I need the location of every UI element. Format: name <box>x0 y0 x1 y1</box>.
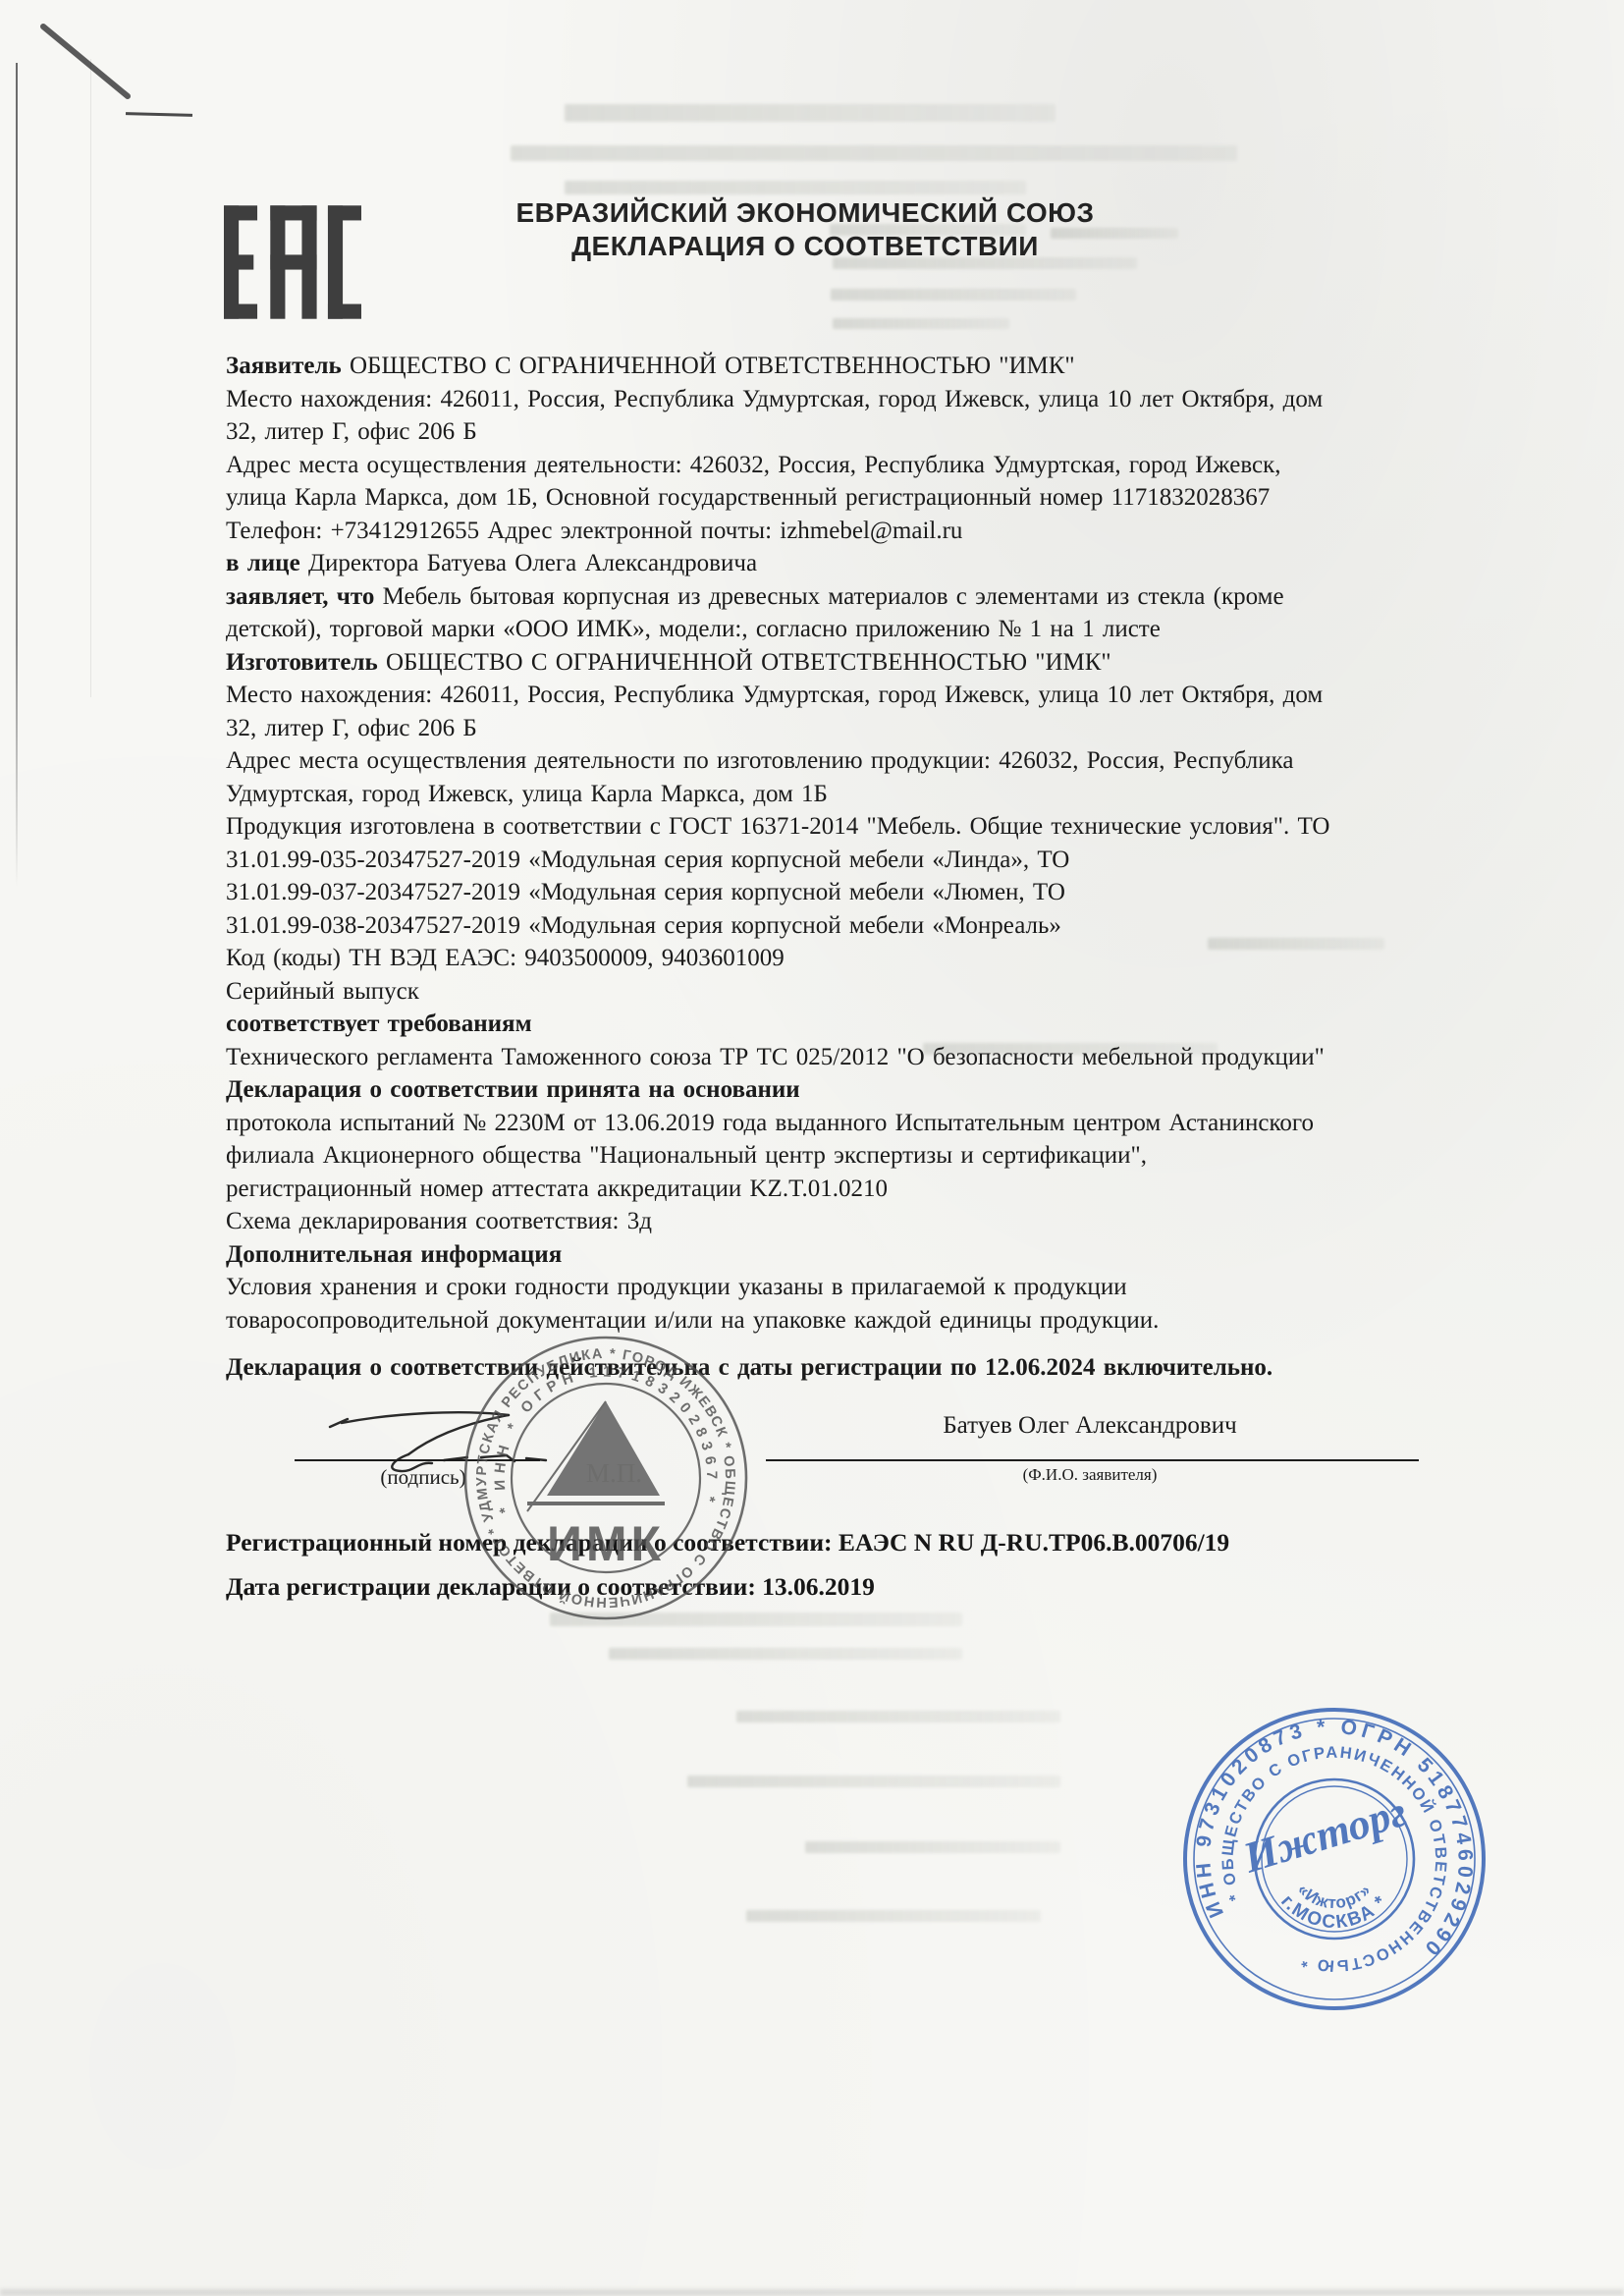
body-line: 31.01.99-037-20347527-2019 «Модульная се… <box>226 876 1420 909</box>
izhtorg-blue-stamp: ИНН 9731020873 * ОГРН 5187746029290 * ОБ… <box>1176 1701 1492 2017</box>
body-line: 32, литер Г, офис 206 Б <box>226 415 1420 449</box>
body-line: в лице Директора Батуева Олега Александр… <box>226 547 1420 580</box>
registration-number-line: Регистрационный номер декларации о соотв… <box>226 1528 1463 1558</box>
body-line: Декларация о соответствии принята на осн… <box>226 1073 1420 1107</box>
body-line: регистрационный номер аттестата аккредит… <box>226 1173 1420 1206</box>
ghost-text-artifact <box>565 181 1026 194</box>
body-line: Дополнительная информация <box>226 1238 1420 1272</box>
body-line: детской), торговой марки «ООО ИМК», моде… <box>226 613 1420 646</box>
fio-caption: (Ф.И.О. заявителя) <box>933 1465 1247 1485</box>
declaration-body: Заявитель ОБЩЕСТВО С ОГРАНИЧЕННОЙ ОТВЕТС… <box>226 350 1420 1385</box>
ghost-text-artifact <box>511 145 1237 161</box>
ghost-text-artifact <box>805 1841 1060 1853</box>
ghost-text-artifact <box>831 289 1076 301</box>
body-line: Серийный выпуск <box>226 975 1420 1009</box>
body-line: 32, литер Г, офис 206 Б <box>226 712 1420 745</box>
body-line: филиала Акционерного общества "Националь… <box>226 1139 1420 1173</box>
scan-artifact-diagonal-line <box>37 22 135 104</box>
body-line: Место нахождения: 426011, Россия, Респуб… <box>226 383 1420 416</box>
ghost-text-artifact <box>833 318 1009 329</box>
body-line: протокола испытаний № 2230М от 13.06.201… <box>226 1107 1420 1140</box>
imk-stamp-name: ИМК <box>547 1516 665 1571</box>
body-line: Условия хранения и сроки годности продук… <box>226 1271 1420 1304</box>
body-line: Изготовитель ОБЩЕСТВО С ОГРАНИЧЕННОЙ ОТВ… <box>226 646 1420 680</box>
body-line: соответствует требованиям <box>226 1008 1420 1041</box>
scan-artifact-vertical-line <box>16 63 18 888</box>
fio-line <box>766 1459 1419 1461</box>
ghost-text-artifact <box>609 1648 962 1660</box>
registration-date-line: Дата регистрации декларации о соответств… <box>226 1572 1463 1602</box>
scan-artifact-vertical-line-2 <box>90 59 91 697</box>
blue-stamp-center-name: Ижторг <box>1237 1787 1412 1883</box>
body-line: Схема декларирования соответствия: 3д <box>226 1205 1420 1238</box>
imk-round-stamp: * УДМУРТСКАЯ РЕСПУБЛИКА * ГОРОД ИЖЕВСК *… <box>459 1331 753 1625</box>
title-line-2: ДЕКЛАРАЦИЯ О СООТВЕТСТВИИ <box>393 230 1218 263</box>
body-line: 31.01.99-035-20347527-2019 «Модульная се… <box>226 844 1420 877</box>
imk-stamp-mp-label: М.П. <box>586 1458 642 1488</box>
body-line: Код (коды) ТН ВЭД ЕАЭС: 9403500009, 9403… <box>226 942 1420 975</box>
applicant-name: Батуев Олег Александрович <box>835 1412 1345 1440</box>
body-line: 31.01.99-038-20347527-2019 «Модульная се… <box>226 909 1420 943</box>
body-line: Заявитель ОБЩЕСТВО С ОГРАНИЧЕННОЙ ОТВЕТС… <box>226 350 1420 383</box>
body-line: Адрес места осуществления деятельности: … <box>226 449 1420 482</box>
body-line: Технического регламента Таможенного союз… <box>226 1041 1420 1074</box>
document-title: ЕВРАЗИЙСКИЙ ЭКОНОМИЧЕСКИЙ СОЮЗ ДЕКЛАРАЦИ… <box>393 196 1218 263</box>
ghost-text-artifact <box>736 1711 1060 1722</box>
scan-edge-shadow <box>0 2289 1624 2296</box>
body-line: Телефон: +73412912655 Адрес электронной … <box>226 515 1420 548</box>
body-line: Удмуртская, город Ижевск, улица Карла Ма… <box>226 778 1420 811</box>
body-line: Место нахождения: 426011, Россия, Респуб… <box>226 679 1420 712</box>
ghost-text-artifact <box>565 104 1056 122</box>
body-line: Продукция изготовлена в соответствии с Г… <box>226 810 1420 844</box>
document-page: ЕВРАЗИЙСКИЙ ЭКОНОМИЧЕСКИЙ СОЮЗ ДЕКЛАРАЦИ… <box>0 0 1624 2296</box>
title-line-1: ЕВРАЗИЙСКИЙ ЭКОНОМИЧЕСКИЙ СОЮЗ <box>393 196 1218 230</box>
body-line: товаросопроводительной документации и/ил… <box>226 1304 1420 1338</box>
body-line: заявляет, что Мебель бытовая корпусная и… <box>226 580 1420 614</box>
ghost-text-artifact <box>687 1776 1060 1787</box>
eac-logo <box>224 199 361 325</box>
body-line: Адрес места осуществления деятельности п… <box>226 744 1420 778</box>
scan-artifact-dash <box>126 112 192 117</box>
body-line: Декларация о соответствии действительна … <box>226 1351 1420 1385</box>
ghost-text-artifact <box>746 1910 1041 1922</box>
body-line: улица Карла Маркса, дом 1Б, Основной гос… <box>226 481 1420 515</box>
